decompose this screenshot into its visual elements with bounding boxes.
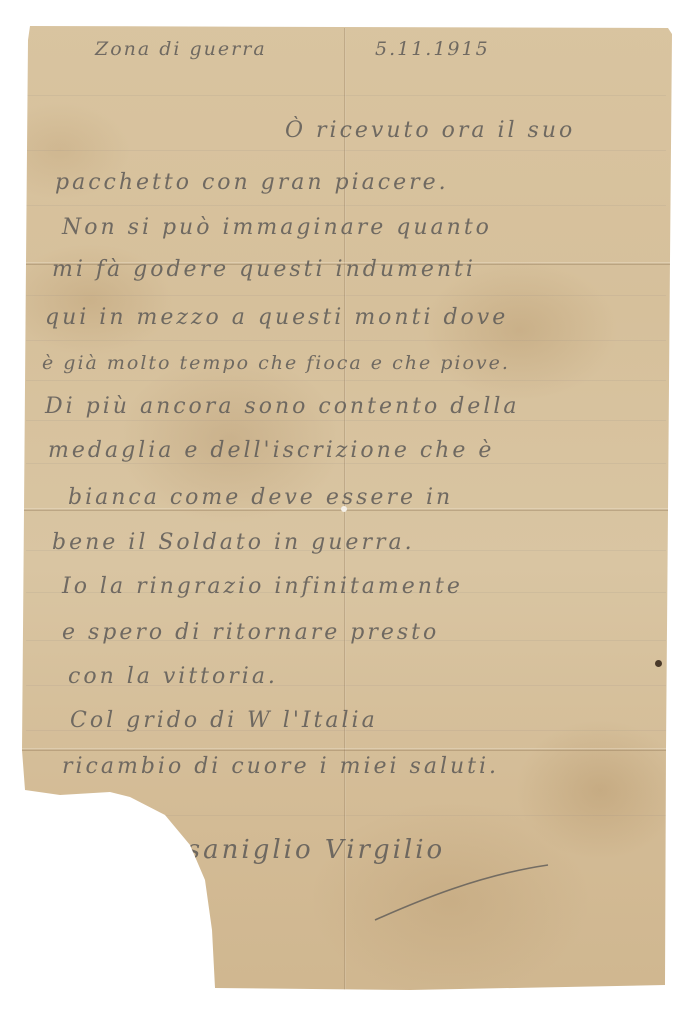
ruled-line — [26, 340, 666, 341]
ruled-line — [26, 380, 666, 381]
horizontal-fold — [22, 748, 670, 751]
letter-line: pacchetto con gran piacere. — [55, 170, 449, 195]
letter-line: bianca come deve essere in — [68, 485, 453, 510]
letter-line: medaglia e dell'iscrizione che è — [48, 438, 494, 463]
letter-line: Non si può immaginare quanto — [62, 215, 492, 240]
ruled-line — [26, 420, 666, 421]
letter-line: Col grido di W l'Italia — [70, 708, 378, 733]
ruled-line — [26, 815, 666, 816]
letter-line: e spero di ritornare presto — [62, 620, 439, 645]
letter-line: è già molto tempo che fioca e che piove. — [42, 352, 510, 374]
letter-line: Io la ringrazio infinitamente — [62, 574, 463, 599]
letter-line: ricambio di cuore i miei saluti. — [62, 754, 499, 779]
signature-flourish — [370, 845, 550, 925]
letter-line: qui in mezzo a questi monti dove — [45, 305, 508, 330]
letter-date: 5.11.1915 — [375, 38, 490, 60]
letter-line: Ò ricevuto ora il suo — [285, 118, 575, 143]
letter-line: Di più ancora sono contento della — [45, 394, 520, 419]
ruled-line — [26, 295, 666, 296]
ruled-line — [26, 463, 666, 464]
letter-line: bene il Soldato in guerra. — [52, 530, 415, 555]
ink-spot — [655, 660, 662, 667]
letter-paper: Zona di guerra 5.11.1915 Ò ricevuto ora … — [0, 0, 690, 1024]
ruled-line — [26, 205, 666, 206]
letter-line: con la vittoria. — [68, 664, 278, 689]
letter-place: Zona di guerra — [95, 38, 267, 60]
letter-line: mi fà godere questi indumenti — [52, 257, 476, 282]
ruled-line — [26, 95, 666, 96]
ruled-line — [26, 150, 666, 151]
